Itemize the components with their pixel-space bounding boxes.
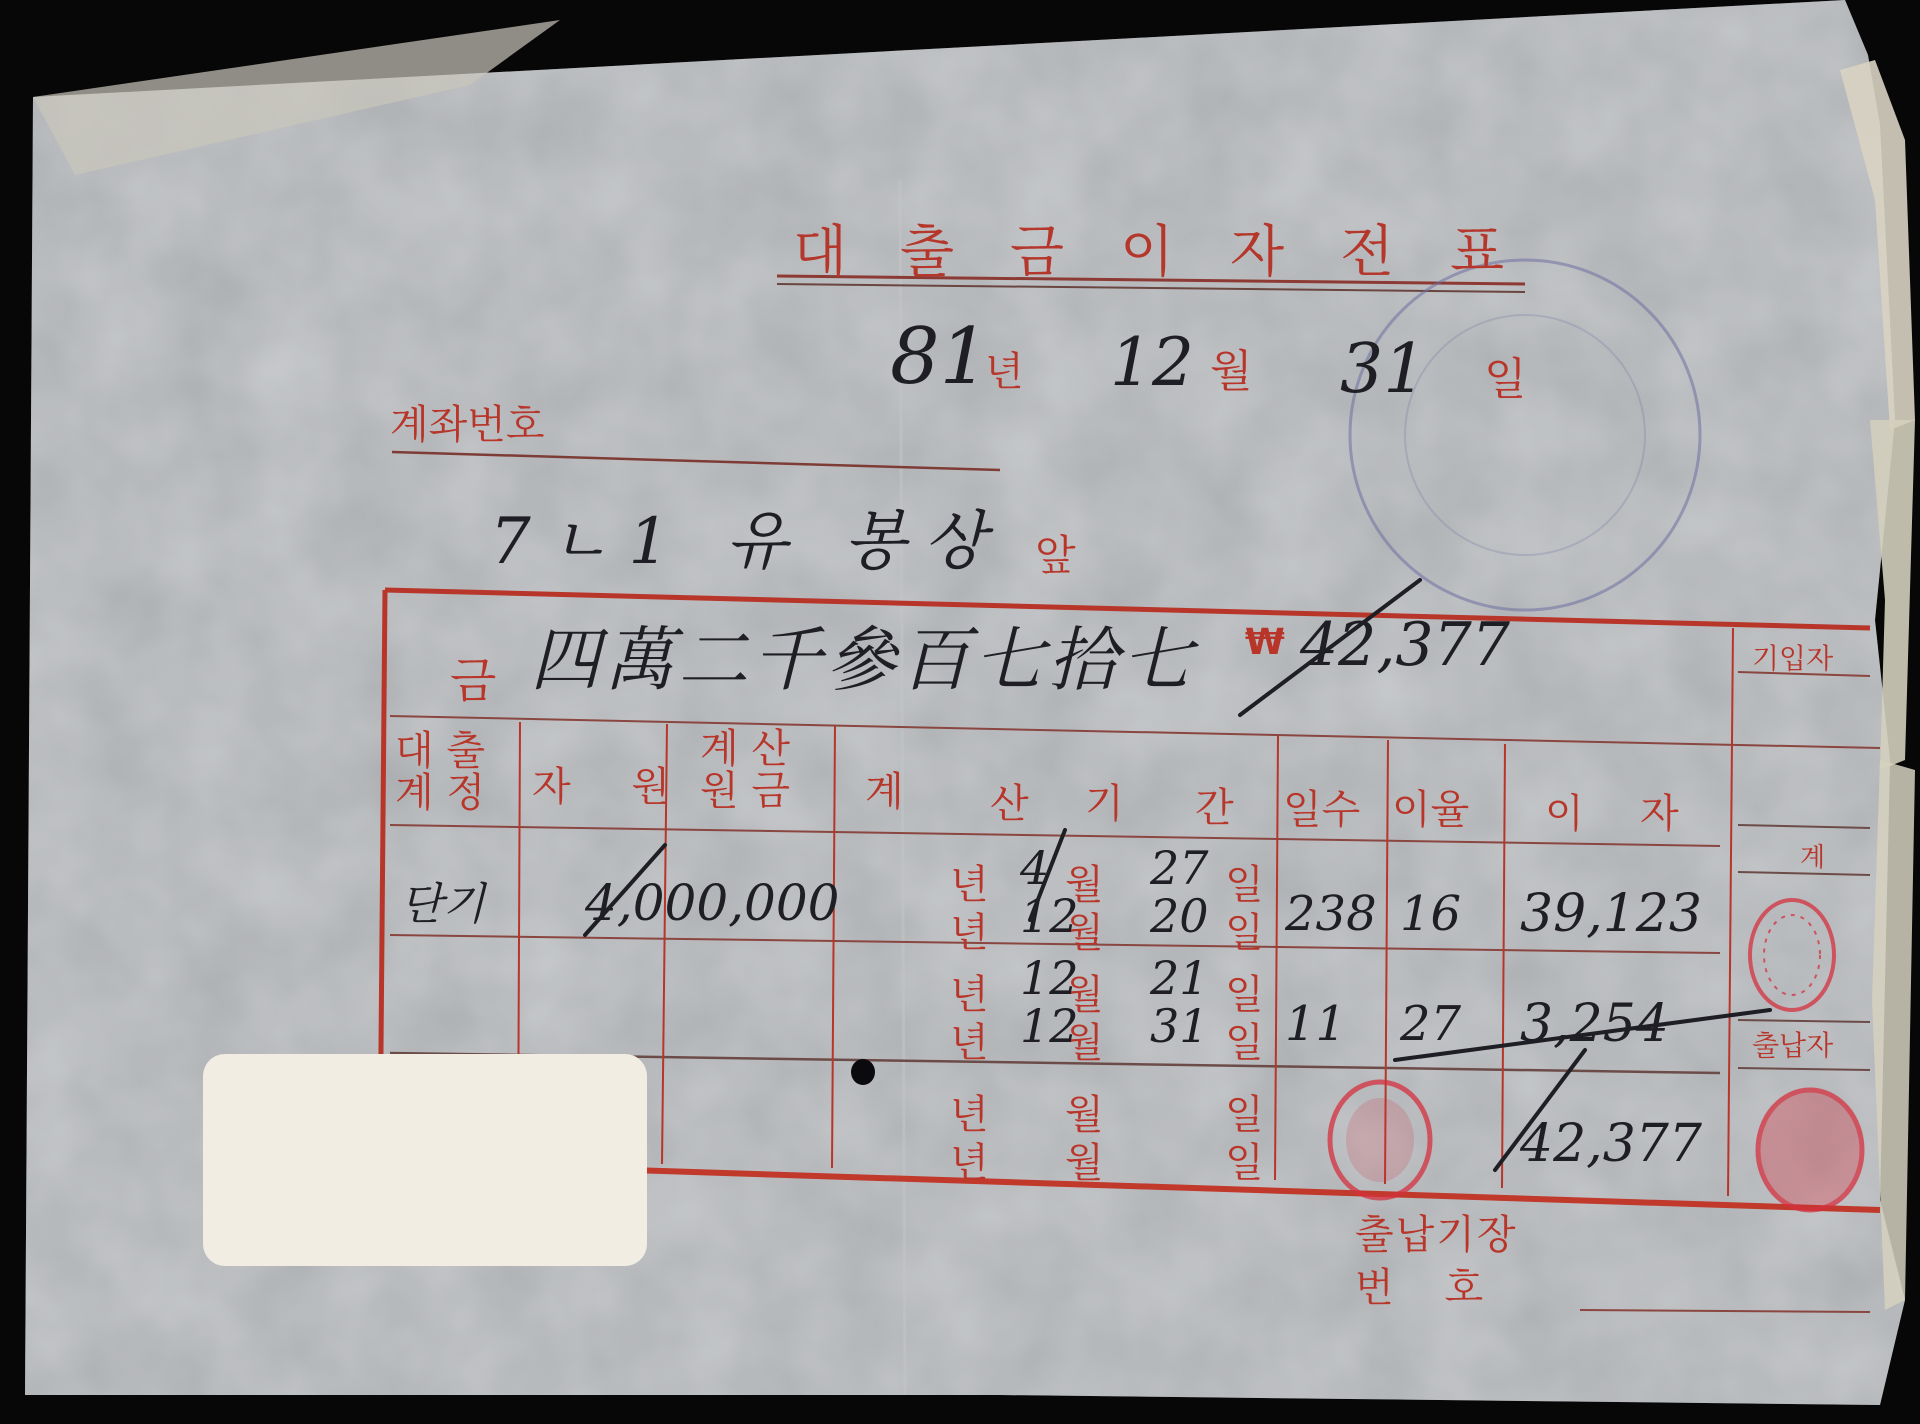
period-day-label: 일 [1225, 1131, 1264, 1188]
currency-symbol: ₩ [1245, 625, 1285, 661]
period-year-label: 년 [950, 1011, 989, 1068]
date-year-label: 년 [985, 352, 1024, 392]
date-year-value: 81 [890, 318, 989, 396]
side-checker-label: 계 [1800, 845, 1825, 871]
side-cashier-label: 출납자 [1752, 1032, 1833, 1060]
period-day-value: 21 [1150, 955, 1209, 1001]
payee-suffix: 앞 [1035, 535, 1076, 577]
amount-label: 금 [450, 642, 496, 711]
period-day-label: 일 [1225, 1011, 1264, 1068]
period-year-label: 년 [950, 1131, 989, 1188]
date-month-label: 월 [1210, 350, 1253, 394]
period-day-value: 31 [1150, 1003, 1209, 1049]
document-scan: 대 출 금 이 자 전 표 81 년 12 월 31 일 계좌번호 7ㄴ1 유 … [0, 0, 1920, 1424]
row-account-type: 단기 [400, 883, 485, 927]
header-rate: 이율 [1392, 778, 1469, 835]
row-principal: 4,000,000 [585, 878, 839, 928]
title-char: 자 [1230, 208, 1284, 288]
period-year-label: 년 [950, 901, 989, 958]
header-funding: 자 원 [532, 755, 694, 812]
row-days: 238 [1285, 890, 1377, 938]
title-char: 금 [1010, 208, 1064, 288]
title-char: 출 [900, 208, 954, 288]
amount-in-words: 四萬二千參百七拾七 [530, 625, 1196, 695]
period-month-value: 12 [1020, 1003, 1079, 1049]
period-month-label: 월 [1065, 1131, 1104, 1188]
title-char: 전 [1340, 208, 1394, 288]
period-day-value: 20 [1150, 893, 1209, 939]
title-char: 이 [1120, 208, 1174, 288]
payee-name: 7ㄴ1 유 봉상 [490, 510, 1003, 574]
title-char: 대 [793, 208, 847, 288]
amount-numeric: 42,377 [1300, 615, 1510, 675]
side-recorder-label: 기입자 [1752, 645, 1833, 673]
date-month-value: 12 [1110, 330, 1194, 396]
header-principal: 계 산 원 금 [700, 728, 790, 812]
account-number-label: 계좌번호 [390, 405, 545, 445]
row-days: 11 [1285, 1000, 1346, 1048]
date-day-value: 31 [1340, 336, 1427, 404]
row-interest: 42,377 [1520, 1118, 1702, 1170]
date-day-label: 일 [1484, 358, 1527, 402]
period-day-label: 일 [1225, 901, 1264, 958]
period-month-value: 4 [1020, 845, 1049, 891]
period-day-value: 27 [1150, 845, 1209, 891]
header-account-type: 대 출 계 정 [395, 730, 485, 814]
row-interest: 39,123 [1520, 888, 1702, 940]
header-days: 일수 [1283, 778, 1360, 835]
ledger-number-label-line2: 번 호 [1355, 1268, 1483, 1308]
row-rate: 16 [1400, 890, 1461, 938]
ledger-number-label-line1: 출납기장 [1355, 1215, 1518, 1255]
period-month-value: 12 [1020, 955, 1079, 1001]
row-interest: 3,254 [1520, 998, 1669, 1050]
period-month-value: 12 [1020, 893, 1079, 939]
row-rate: 27 [1400, 1000, 1461, 1048]
cover-sticker [203, 1054, 647, 1266]
title-char: 표 [1450, 208, 1504, 288]
